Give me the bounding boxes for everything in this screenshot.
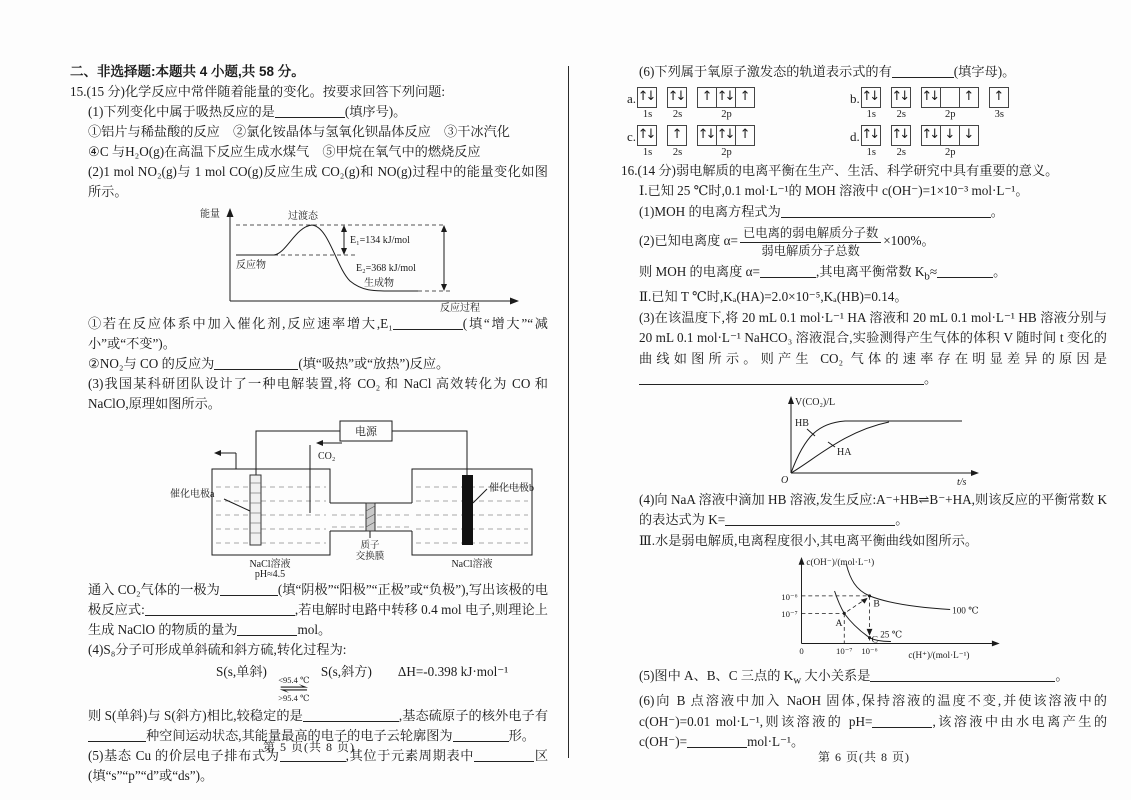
products-label: 生成物 [364,276,394,289]
kw-subscript: w [793,675,801,687]
page-divider-line [568,66,569,758]
page-5-footer: 第 5 页(共 8 页) [70,738,548,755]
vt-y-label: V(CO₂)/L [795,397,835,408]
catalytic-electrode-a: 催化电极a [170,475,261,545]
page-6: (6)下列属于氧原子激发态的轨道表示式的有(填字母)。 a. ↑↓ 1s ↑↓ … [621,62,1107,753]
answer-blank [639,371,924,385]
answer-blank [145,602,295,616]
subshell-label: 2p [945,147,956,159]
q16-part2: (2)已知电离度 α=已电离的弱电解质分子数弱电解质分子总数×100%。 [639,225,1107,259]
orbital-option-c: c. ↑↓ 1s ↑ 2s ↑↓↑↓↑ 2p [627,125,766,159]
ytick-1e-7: 10⁻⁷ [781,610,797,620]
q16-part2-answer: 则 MOH 的电离度 α=,其电离平衡常数 Kb≈。 [639,262,1107,287]
answer-blank [781,204,991,218]
question-15-intro: 15.(15 分)化学反应中常伴随着能量的变化。按要求回答下列问题: [70,82,548,102]
subshell-label: 2p [721,109,732,121]
q3b-text1: 通入 CO₂气体的一极为 [88,582,220,597]
q16-part3: (3)在该温度下,将 20 mL 0.1 mol·L⁻¹ HA 溶液和 20 m… [639,308,1107,390]
transition-state-label: 过渡态 [288,209,319,222]
orbital-cell: ↑↓ [667,87,687,108]
ionization-degree-fraction: 已电离的弱电解质分子数弱电解质分子总数 [740,225,881,259]
orbital-group-3s: ↑ 3s [990,87,1009,121]
proton-exchange-membrane: 质子 交换膜 [356,503,385,562]
answer-blank [760,264,816,278]
q16-part6: (6)向 B 点溶液中加入 NaOH 固体,保持溶液的温度不变,并使该溶液中的 … [639,691,1107,753]
membrane-label-line1: 质子 [360,539,380,551]
label-c: C [871,635,877,646]
electrode-b-label: 催化电极b [489,481,534,494]
s2b-text2: ,其电离平衡常数 K [816,264,924,279]
answer-blank [892,64,954,78]
page-6-footer: 第 6 页(共 8 页) [621,748,1107,765]
e1-value: E₁=134 kJ/mol [350,235,410,246]
orbital-cell: ↑ [959,87,979,108]
answer-blank [937,264,993,278]
orbital-group-2s: ↑ 2s [668,125,687,159]
energy-diagram: 能量 反应过程 E₁=134 kJ/mol [192,205,548,311]
label-100c: 100 ℃ [952,606,978,616]
subshell-label: 1s [643,147,652,159]
subshell-label: 2p [945,109,956,121]
question-16-intro: 16.(14 分)弱电解质的电离平衡在生产、生活、科学研究中具有重要的意义。 [621,161,1107,182]
orbital-cell: ↑↓ [637,125,657,146]
subshell-label: 1s [867,109,876,121]
energy-dashed-levels [236,225,450,291]
s5-text: (5)图中 A、B、C 三点的 K [639,668,793,683]
page-5: 二、非选择题:本题共 4 小题,共 58 分。 15.(15 分)化学反应中常伴… [70,62,548,786]
s5-suffix: 。 [1055,668,1068,683]
orbital-cell: ↑↓ [891,125,911,146]
ha-label: HA [837,447,852,458]
q15-part6-line: (6)下列属于氧原子激发态的轨道表示式的有(填字母)。 [639,62,1107,83]
orbital-cell: ↑↓ [861,87,881,108]
answer-blank [214,356,298,370]
orbital-group-1s: ↑↓ 1s [862,125,881,159]
point-b [868,595,871,598]
q15-part1: (1)下列变化中属于吸热反应的是(填序号)。 [88,102,548,122]
answer-blank [220,582,278,596]
option-d-label: d. [850,125,860,148]
vt-axes [788,396,979,476]
answer-blank [687,734,747,748]
hb-curve [791,421,962,473]
orbital-cell: ↑ [697,87,717,108]
q15-part4: (4)S₈分子可形成单斜硫和斜方硫,转化过程为: [88,640,548,660]
q15-part3: (3)我国某科研团队设计了一种电解装置,将 CO₂ 和 NaCl 高效转化为 C… [88,374,548,414]
orbital-row-cd: c. ↑↓ 1s ↑ 2s ↑↓↑↓↑ 2p d. ↑↓ 1s ↑↓ 2s [627,125,1107,159]
q3b-text4: mol。 [297,622,331,637]
orbital-cell [940,87,960,108]
reactants-label: 反应物 [236,258,266,271]
orbital-group-1s: ↑↓ 1s [862,87,881,121]
right-solution-label: NaCl溶液 [451,557,492,570]
orbital-cell: ↑↓ [861,125,881,146]
orbital-cell: ↑ [735,87,755,108]
answer-blank [870,668,1055,682]
option-a-label: a. [627,87,636,110]
orbital-group-2p: ↑↑↓↑ 2p [698,87,755,121]
orbital-group-1s: ↑↓ 1s [638,87,657,121]
orbital-group-2p: ↑↓↑ 2p [922,87,979,121]
q4b-text1: 则 S(单斜)与 S(斜方)相比,较稳定的是 [88,708,303,723]
orbital-row-ab: a. ↑↓ 1s ↑↓ 2s ↑↑↓↑ 2p b. ↑↓ 1s ↑↓ 2s [627,87,1107,121]
answer-blank [237,622,297,636]
water-y-label: c(OH⁻)/(mol·L⁻¹) [806,557,874,567]
energy-y-label: 能量 [200,207,220,220]
answer-blank [303,708,399,722]
q16-roman2: Ⅱ.已知 T ℃时,Kₐ(HA)=2.0×10⁻⁵,Kₐ(HB)=0.14。 [639,287,1107,308]
subshell-label: 3s [995,109,1004,121]
subshell-label: 2p [721,147,732,159]
subshell-label: 1s [867,147,876,159]
orbital-option-a: a. ↑↓ 1s ↑↓ 2s ↑↑↓↑ 2p [627,87,766,121]
s4-suffix: 。 [895,512,908,527]
orbital-cell: ↑↓ [637,87,657,108]
orbital-cell: ↓ [959,125,979,146]
enthalpy-value: ΔH=-0.398 kJ·mol⁻¹ [398,664,508,679]
orbital-cell: ↑↓ [716,87,736,108]
question-15-body: (1)下列变化中属于吸热反应的是(填序号)。 ①铝片与稀盐酸的反应 ②氯化铵晶体… [88,102,548,786]
subshell-label: 2s [673,109,682,121]
orbital-group-2s: ↑↓ 2s [892,125,911,159]
label-b: B [873,599,879,610]
s3-text: (3)在该温度下,将 20 mL 0.1 mol·L⁻¹ HA 溶液和 20 m… [639,310,1107,366]
orbital-group-1s: ↑↓ 1s [638,125,657,159]
catalytic-electrode-b: 催化电极b [462,475,534,545]
orbital-group-2p: ↑↓↓↓ 2p [922,125,979,159]
option-c-label: c. [627,125,636,148]
subshell-label: 1s [643,109,652,121]
equilibrium-arrow: <95.4 ℃⇌>95.4 ℃ [267,676,321,704]
orbital-cell: ↑ [989,87,1009,108]
q16-roman1: Ⅰ.已知 25 ℃时,0.1 mol·L⁻¹的 MOH 溶液中 c(OH⁻)=1… [639,181,1107,202]
xtick-1e-7: 10⁻⁷ [836,646,852,656]
equation-left: S(s,单斜) [216,664,267,679]
q15-part2-c2: ②NO₂与 CO 的反应为(填“吸热”或“放热”)反应。 [88,354,548,374]
orbital-cell: ↑↓ [921,87,941,108]
answer-blank [872,714,932,728]
subshell-label: 2s [897,147,906,159]
orbital-option-d: d. ↑↓ 1s ↑↓ 2s ↑↓↓↓ 2p [850,125,990,159]
xtick-0: 0 [799,646,804,656]
answer-blank [275,104,345,118]
equation-right: S(s,斜方) [321,664,372,679]
co2-inlet: CO₂ [310,440,342,513]
vt-x-label: t/s [957,477,967,488]
water-ionization-graph: c(OH⁻)/(mol·L⁻¹) c(H⁺)/(mol·L⁻¹) 10⁻⁶ 10… [751,554,1107,663]
sulfur-equation: S(s,单斜)<95.4 ℃⇌>95.4 ℃S(s,斜方)ΔH=-0.398 k… [216,662,548,704]
s1-suffix: 。 [991,204,1004,219]
power-supply-label: 电源 [355,424,378,438]
vt-origin: O [781,475,788,486]
orbital-cell: ↑ [735,125,755,146]
power-supply: 电源 [340,421,392,441]
c1-text: ①若在反应体系中加入催化剂,反应速率增大,E₁ [88,316,393,331]
subshell-label: 2s [673,147,682,159]
q6-suffix: (填字母)。 [954,64,1016,79]
q15-part2: (2)1 mol NO₂(g)与 1 mol CO(g)反应生成 CO₂(g)和… [88,162,548,202]
label-a: A [836,618,843,629]
orbital-cell: ↑↓ [697,125,717,146]
s2-suffix: ×100%。 [883,233,934,248]
orbital-option-b: b. ↑↓ 1s ↑↓ 2s ↑↓↑ 2p ↑ 3s [850,87,1020,121]
q15-part2-c1: ①若在反应体系中加入催化剂,反应速率增大,E₁(填“增大”“减小”或“不变”)。 [88,314,548,354]
q4b-text2: ,基态硫原子的核外电子有 [399,708,548,723]
s2b-text1: 则 MOH 的电离度 α= [639,264,760,279]
e1-arrow [341,225,347,255]
orbital-group-2p: ↑↓↑↓↑ 2p [698,125,755,159]
orbital-cell: ↑ [667,125,687,146]
s2-text: (2)已知电离度 α= [639,233,738,248]
e2-arrow [441,225,447,291]
electrode-a-label: 催化电极a [170,487,215,500]
ytick-1e-6: 10⁻⁶ [781,592,797,602]
curve-100c [846,564,950,610]
q15-options-line2: ④C 与H₂O(g)在高温下反应生成水煤气 ⑤甲烷在氧气中的燃烧反应 [88,142,548,162]
gas-volume-time-graph: V(CO₂)/L t/s O HB HA [757,393,1107,487]
left-solution-ph: pH≈4.5 [255,569,285,580]
q15-part1-suffix: (填序号)。 [345,104,407,119]
answer-blank [725,512,895,526]
question-15-part6: (6)下列属于氧原子激发态的轨道表示式的有(填字母)。 [639,62,1107,83]
electrolysis-diagram: 电源 [170,417,548,577]
hb-pointer [807,429,815,436]
c2-text: ②NO₂与 CO 的反应为 [88,356,214,371]
gas-outlet-arrow [214,450,236,469]
s5-text2: 大小关系是 [801,668,870,683]
orbital-cell: ↓ [940,125,960,146]
membrane-label-line2: 交换膜 [356,550,385,562]
xtick-1e-6: 10⁻⁶ [861,646,877,656]
q16-part1: (1)MOH 的电离方程式为。 [639,202,1107,223]
answer-blank [393,316,463,330]
fraction-numerator: 已电离的弱电解质分子数 [740,225,881,243]
hb-label: HB [795,418,809,429]
orbital-cell: ↑↓ [716,125,736,146]
co2-label: CO₂ [318,451,335,462]
energy-x-label: 反应过程 [440,301,480,314]
s2b-text3: ≈ [930,264,937,279]
c2-suffix: (填“吸热”或“放热”)反应。 [298,356,449,371]
orbital-cell: ↑↓ [921,125,941,146]
question-16-body: Ⅰ.已知 25 ℃时,0.1 mol·L⁻¹的 MOH 溶液中 c(OH⁻)=1… [639,181,1107,753]
q6-text: (6)下列属于氧原子激发态的轨道表示式的有 [639,64,892,79]
orbital-group-2s: ↑↓ 2s [892,87,911,121]
section-header: 二、非选择题:本题共 4 小题,共 58 分。 [70,62,548,82]
water-x-label: c(H⁺)/(mol·L⁻¹) [908,650,969,660]
q15-part1-text: (1)下列变化中属于吸热反应的是 [88,104,275,119]
q15-part3-body: 通入 CO₂气体的一极为(填“阴极”“阳极”“正极”或“负极”),写出该极的电极… [88,580,548,640]
orbital-cell: ↑↓ [891,87,911,108]
q15-options-line1: ①铝片与稀盐酸的反应 ②氯化铵晶体与氢氧化钡晶体反应 ③干冰汽化 [88,122,548,142]
label-25c: 25 ℃ [880,630,902,640]
q16-roman3: Ⅲ.水是弱电解质,电离程度很小,其电离平衡曲线如图所示。 [639,531,1107,552]
option-b-label: b. [850,87,860,110]
e2-value: E₂=368 kJ/mol [356,263,416,274]
s2b-text4: 。 [993,264,1006,279]
orbital-group-2s: ↑↓ 2s [668,87,687,121]
s1-text: (1)MOH 的电离方程式为 [639,204,781,219]
equilibrium-arrow-glyph: ⇌ [279,685,310,694]
fraction-denominator: 弱电解质分子总数 [740,243,881,260]
s3-suffix: 。 [924,371,937,386]
q16-part4: (4)向 NaA 溶液中滴加 HB 溶液,发生反应:A⁻+HB⇌B⁻+HA,则该… [639,490,1107,531]
q16-part5: (5)图中 A、B、C 三点的 Kw 大小关系是。 [639,666,1107,691]
point-a [843,612,846,615]
subshell-label: 2s [897,109,906,121]
